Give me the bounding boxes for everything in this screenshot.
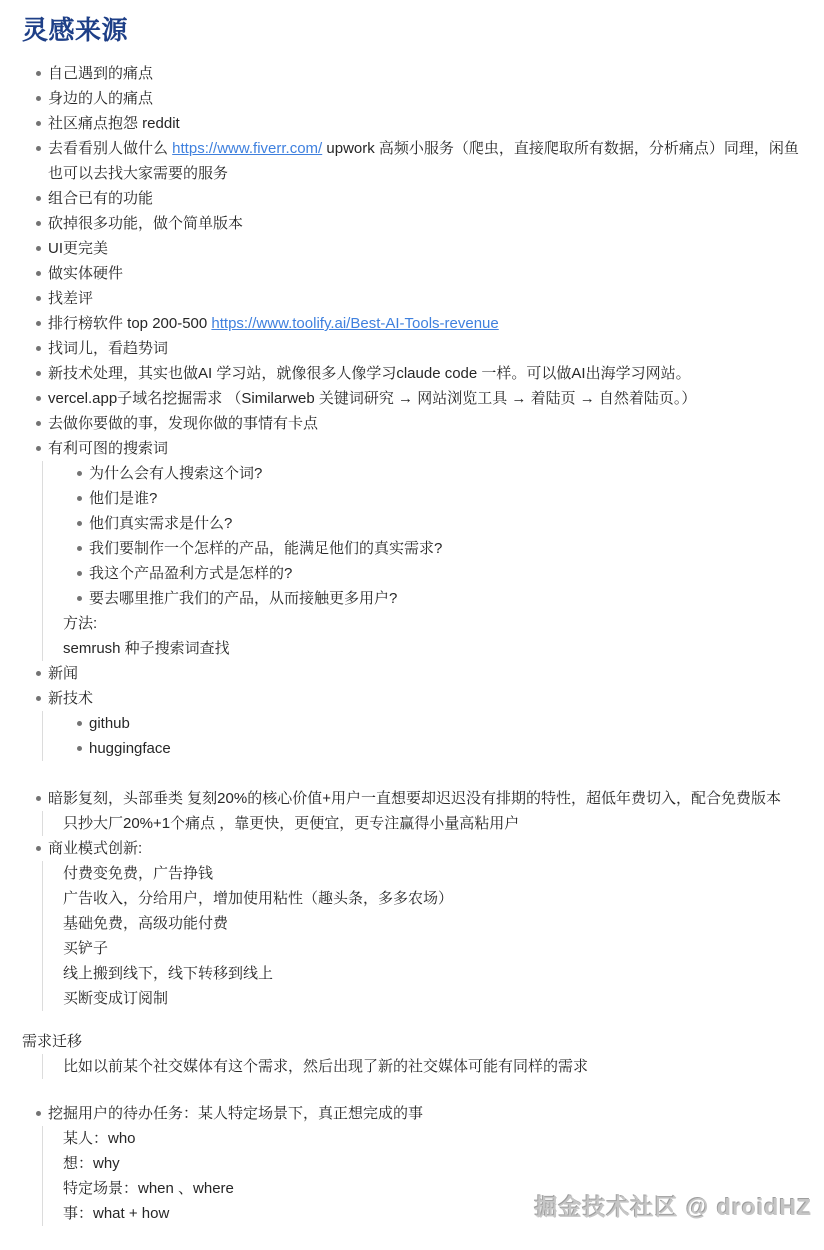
bullet-icon	[36, 121, 41, 126]
line-text: 他们是谁?	[89, 490, 157, 507]
indented-text-line: 付费变免费，广告挣钱	[42, 861, 824, 886]
bullet-icon	[36, 446, 41, 451]
indented-text-line: 某人：who	[42, 1126, 824, 1151]
list-item-level1: 暗影复刻，头部垂类 复刻20%的核心价值+用户一直想要却迟迟没有排期的特性，超低…	[0, 786, 824, 811]
line-text: 比如以前某个社交媒体有这个需求，然后出现了新的社交媒体可能有同样的需求	[63, 1058, 588, 1075]
list-item-level1: 社区痛点抱怨 reddit	[0, 111, 824, 136]
list-item-level1: 挖掘用户的待办任务：某人特定场景下，真正想完成的事	[0, 1101, 824, 1126]
list-item-level1: 去看看别人做什么 https://www.fiverr.com/ upwork …	[0, 136, 824, 186]
list-item-level1: 有利可图的搜索词	[0, 436, 824, 461]
indented-text-line: 方法:	[42, 611, 824, 636]
line-text: github	[89, 715, 130, 732]
line-text: UI更完美	[48, 240, 108, 257]
line-text: 找差评	[48, 290, 93, 307]
list-item-level1: 新闻	[0, 661, 824, 686]
list-item-level1: 找词儿，看趋势词	[0, 336, 824, 361]
line-text: 想：why	[63, 1155, 120, 1172]
bullet-icon	[77, 721, 82, 726]
line-text: 组合已有的功能	[48, 190, 153, 207]
line-text: 自己遇到的痛点	[48, 65, 153, 82]
line-text: 砍掉很多功能，做个简单版本	[48, 215, 243, 232]
list-item-level1: 新技术	[0, 686, 824, 711]
bullet-icon	[36, 221, 41, 226]
line-text: 有利可图的搜索词	[48, 440, 168, 457]
bullet-icon	[36, 346, 41, 351]
bullet-icon	[77, 596, 82, 601]
list-item-level2: 我们要制作一个怎样的产品，能满足他们的真实需求?	[42, 536, 824, 561]
list-item-level1: 做实体硬件	[0, 261, 824, 286]
line-text: 去看看别人做什么 https://www.fiverr.com/ upwork …	[48, 140, 799, 182]
line-text: 某人：who	[63, 1130, 136, 1147]
bullet-icon	[36, 396, 41, 401]
bullet-icon	[36, 696, 41, 701]
line-text: 要去哪里推广我们的产品，从而接触更多用户?	[89, 590, 397, 607]
line-text: 新技术处理，其实也做AI 学习站，就像很多人像学习claude code 一样。…	[48, 365, 691, 382]
bullet-icon	[36, 421, 41, 426]
list-item-level2: 他们真实需求是什么?	[42, 511, 824, 536]
list-item-level2: huggingface	[42, 736, 824, 761]
line-text: 付费变免费，广告挣钱	[63, 865, 213, 882]
indented-text-line: 广告收入，分给用户，增加使用粘性（趣头条，多多农场）	[42, 886, 824, 911]
document-body: 自己遇到的痛点身边的人的痛点社区痛点抱怨 reddit去看看别人做什么 http…	[0, 61, 824, 1226]
line-text: 方法:	[63, 615, 97, 632]
list-item-level2: github	[42, 711, 824, 736]
line-text: 买铲子	[63, 940, 108, 957]
bullet-icon	[36, 71, 41, 76]
line-text: 社区痛点抱怨 reddit	[48, 115, 180, 132]
bullet-icon	[77, 471, 82, 476]
line-text: semrush 种子搜索词查找	[63, 640, 230, 657]
plain-text-line: 需求迁移	[0, 1029, 824, 1054]
line-text: 去做你要做的事，发现你做的事情有卡点	[48, 415, 318, 432]
indented-text-line: 买断变成订阅制	[42, 986, 824, 1011]
link-toolify[interactable]: https://www.toolify.ai/Best-AI-Tools-rev…	[211, 315, 498, 332]
line-text: 广告收入，分给用户，增加使用粘性（趣头条，多多农场）	[63, 890, 453, 907]
line-text: 排行榜软件 top 200-500 https://www.toolify.ai…	[48, 315, 499, 332]
bullet-icon	[36, 96, 41, 101]
indented-text-line: 特定场景：when 、where	[42, 1176, 824, 1201]
line-text: 新闻	[48, 665, 78, 682]
line-text: vercel.app子域名挖掘需求 （Similarweb 关键词研究 → 网站…	[48, 390, 696, 407]
bullet-icon	[77, 521, 82, 526]
bullet-icon	[77, 746, 82, 751]
blank-line	[0, 761, 824, 786]
list-item-level1: vercel.app子域名挖掘需求 （Similarweb 关键词研究 → 网站…	[0, 386, 824, 411]
bullet-icon	[36, 371, 41, 376]
list-item-level1: 排行榜软件 top 200-500 https://www.toolify.ai…	[0, 311, 824, 336]
line-text: 只抄大厂20%+1个痛点 ，靠更快，更便宜，更专注赢得小量高粘用户	[63, 815, 519, 832]
list-item-level1: 身边的人的痛点	[0, 86, 824, 111]
line-text: 我们要制作一个怎样的产品，能满足他们的真实需求?	[89, 540, 442, 557]
list-item-level1: 去做你要做的事，发现你做的事情有卡点	[0, 411, 824, 436]
indented-text-line: 只抄大厂20%+1个痛点 ，靠更快，更便宜，更专注赢得小量高粘用户	[42, 811, 824, 836]
list-item-level1: 新技术处理，其实也做AI 学习站，就像很多人像学习claude code 一样。…	[0, 361, 824, 386]
bullet-icon	[36, 296, 41, 301]
bullet-icon	[36, 196, 41, 201]
line-text: 挖掘用户的待办任务：某人特定场景下，真正想完成的事	[48, 1105, 423, 1122]
indented-text-line: 比如以前某个社交媒体有这个需求，然后出现了新的社交媒体可能有同样的需求	[42, 1054, 824, 1079]
line-text: 找词儿，看趋势词	[48, 340, 168, 357]
list-item-level1: 组合已有的功能	[0, 186, 824, 211]
line-text: huggingface	[89, 740, 171, 757]
line-text: 他们真实需求是什么?	[89, 515, 232, 532]
document-page: 灵感来源 自己遇到的痛点身边的人的痛点社区痛点抱怨 reddit去看看别人做什么…	[0, 14, 824, 1226]
bullet-icon	[77, 546, 82, 551]
line-text: 商业模式创新:	[48, 840, 142, 857]
line-text: 买断变成订阅制	[63, 990, 168, 1007]
link-fiverr[interactable]: https://www.fiverr.com/	[172, 140, 322, 157]
list-item-level1: 商业模式创新:	[0, 836, 824, 861]
indented-text-line: semrush 种子搜索词查找	[42, 636, 824, 661]
list-item-level2: 他们是谁?	[42, 486, 824, 511]
list-item-level1: 自己遇到的痛点	[0, 61, 824, 86]
line-text: 需求迁移	[22, 1033, 82, 1050]
list-item-level2: 我这个产品盈利方式是怎样的?	[42, 561, 824, 586]
bullet-icon	[77, 496, 82, 501]
list-item-level1: UI更完美	[0, 236, 824, 261]
indented-text-line: 线上搬到线下，线下转移到线上	[42, 961, 824, 986]
line-text: 做实体硬件	[48, 265, 123, 282]
bullet-icon	[36, 321, 41, 326]
indented-text-line: 买铲子	[42, 936, 824, 961]
indented-text-line: 事：what + how	[42, 1201, 824, 1226]
blank-line	[0, 1011, 824, 1029]
line-text: 身边的人的痛点	[48, 90, 153, 107]
bullet-icon	[36, 146, 41, 151]
line-text: 基础免费，高级功能付费	[63, 915, 228, 932]
bullet-icon	[36, 1111, 41, 1116]
line-text: 暗影复刻，头部垂类 复刻20%的核心价值+用户一直想要却迟迟没有排期的特性，超低…	[48, 790, 781, 807]
bullet-icon	[36, 246, 41, 251]
bullet-icon	[36, 796, 41, 801]
indented-text-line: 基础免费，高级功能付费	[42, 911, 824, 936]
line-text: 我这个产品盈利方式是怎样的?	[89, 565, 292, 582]
page-title: 灵感来源	[22, 14, 824, 46]
line-text: 线上搬到线下，线下转移到线上	[63, 965, 273, 982]
line-text: 特定场景：when 、where	[63, 1180, 234, 1197]
bullet-icon	[36, 671, 41, 676]
list-item-level1: 找差评	[0, 286, 824, 311]
bullet-icon	[36, 846, 41, 851]
bullet-icon	[77, 571, 82, 576]
list-item-level2: 要去哪里推广我们的产品，从而接触更多用户?	[42, 586, 824, 611]
line-text: 为什么会有人搜索这个词?	[89, 465, 262, 482]
indented-text-line: 想：why	[42, 1151, 824, 1176]
list-item-level1: 砍掉很多功能，做个简单版本	[0, 211, 824, 236]
bullet-icon	[36, 271, 41, 276]
line-text: 事：what + how	[63, 1205, 169, 1222]
list-item-level2: 为什么会有人搜索这个词?	[42, 461, 824, 486]
blank-line	[0, 1079, 824, 1101]
line-text: 新技术	[48, 690, 93, 707]
